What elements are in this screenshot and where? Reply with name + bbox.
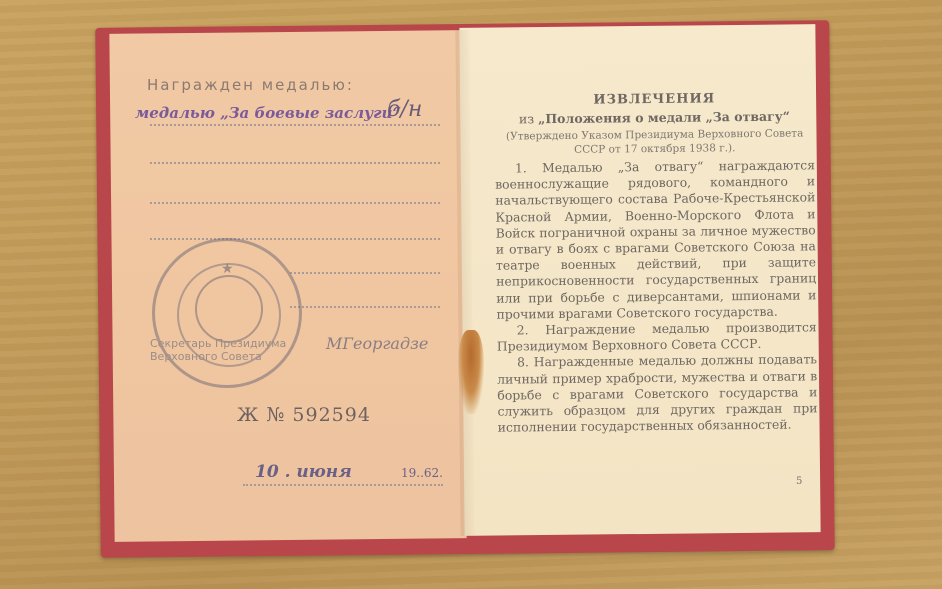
extract-title: ИЗВЛЕЧЕНИЯ: [494, 90, 814, 108]
secretary-label-line-2: Верховного Совета: [150, 350, 286, 363]
entry-line-6: [290, 306, 440, 308]
paragraph-2: 2. Награждение медалью производится През…: [497, 319, 817, 355]
paragraph-1: 1. Медалью „За отвагу“ награждаются воен…: [495, 157, 817, 322]
medal-entry: медалью „За боевые заслуги“: [135, 104, 401, 122]
secretary-label-line-1: Секретарь Президиума: [150, 337, 286, 350]
date-line: [243, 484, 443, 486]
page-number: 5: [796, 476, 802, 487]
ussr-coat-of-arms-icon: [195, 275, 263, 343]
issue-year: 19..62.: [401, 466, 443, 480]
approval-note: (Утверждено Указом Президиума Верховного…: [495, 126, 815, 157]
signature: МГеоргадзе: [326, 334, 428, 353]
awarded-label: Награжден медалью:: [147, 76, 354, 94]
entry-mark: б/н: [387, 97, 422, 122]
official-stamp: ★: [152, 238, 302, 388]
secretary-label: Секретарь Президиума Верховного Совета: [150, 337, 286, 363]
entry-line-1: [150, 124, 440, 126]
regulation-extract: ИЗВЛЕЧЕНИЯ из „Положения о медали „За от…: [494, 90, 818, 436]
extract-subtitle: из „Положения о медали „За отвагу“: [494, 108, 814, 126]
rust-stain: [458, 330, 484, 414]
serial-number: Ж № 592594: [237, 404, 371, 426]
subtitle-text: „Положения о медали „За отвагу“: [538, 109, 790, 127]
star-icon: ★: [221, 261, 234, 277]
paragraph-8: 8. Награжденные медалью должны подавать …: [497, 352, 818, 436]
issue-date: 10 . июня: [255, 462, 352, 482]
subtitle-prefix: из: [519, 111, 534, 126]
entry-line-4: [150, 238, 440, 240]
entry-line-5: [290, 272, 440, 274]
entry-line-2: [150, 162, 440, 164]
entry-line-3: [150, 202, 440, 204]
